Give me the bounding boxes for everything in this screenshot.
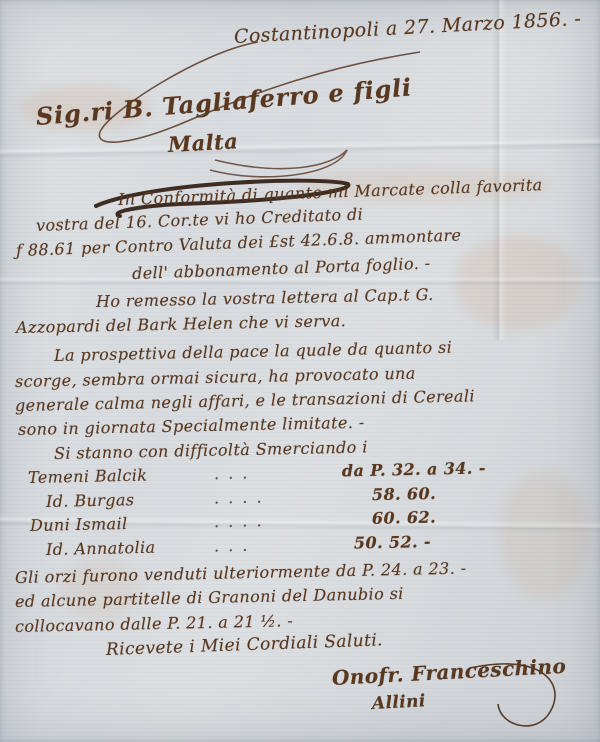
ink-bleed-stain	[500, 470, 590, 600]
addressee-name: Sig.ri B. Tagliaferro e figli	[35, 72, 413, 130]
body-line: scorge, sembra ormai sicura, ha provocat…	[15, 364, 416, 391]
dateline: Costantinopoli a 27. Marzo 1856. -	[233, 8, 581, 48]
fold-crease-horizontal	[0, 276, 600, 286]
price-value: da P. 32. a 34. -	[342, 458, 486, 480]
price-row: Id. Burgas. . . .58. 60.	[46, 484, 436, 511]
commodity-name: Id. Burgas	[46, 488, 214, 511]
body-line: dell' abbonamento al Porta foglio. -	[132, 254, 431, 283]
dot-leader: . . . .	[214, 485, 372, 507]
body-line: La prospettiva della pace la quale da qu…	[54, 338, 453, 365]
fold-crease-vertical	[492, 0, 506, 340]
signature-line1: Onofr. Franceschino	[331, 654, 566, 690]
body-line: collocavano dalle P. 21. a 21 ½. -	[15, 611, 293, 636]
fold-crease-horizontal	[0, 137, 600, 159]
body-line: In Conformità di quanto mi Marcate colla…	[118, 175, 543, 209]
body-line: sono in giornata Specialmente limitate. …	[18, 413, 365, 439]
body-line: Azzopardi del Bark Helen che vi serva.	[16, 311, 347, 337]
letter-scan: Costantinopoli a 27. Marzo 1856. - Sig.r…	[0, 0, 600, 742]
dot-leader: . . .	[214, 534, 354, 556]
body-line: ed alcune partitelle di Granoni del Danu…	[15, 584, 404, 611]
body-line: Gli orzi furono venduti ulteriormente da…	[15, 559, 467, 587]
price-value: 50. 52. -	[354, 532, 431, 553]
body-line: generale calma negli affari, e le transa…	[15, 386, 475, 415]
price-row: Id. Annatolia. . .50. 52. -	[46, 532, 431, 559]
price-row: Duni Ismail. . . .60. 62.	[30, 507, 436, 534]
body-line: Ho remesso la vostra lettera al Cap.t G.	[96, 285, 434, 311]
price-value: 60. 62.	[372, 507, 436, 527]
commodity-name: Id. Annatolia	[46, 536, 214, 559]
dot-leader: . . .	[214, 461, 342, 483]
price-row: Temeni Balcik. . .da P. 32. a 34. -	[28, 458, 486, 487]
body-line: Si stanno con difficoltà Smerciando i	[54, 437, 368, 463]
signature-line2: Allini	[371, 691, 426, 714]
commodity-name: Duni Ismail	[30, 512, 214, 535]
ink-bleed-stain	[455, 235, 580, 330]
addressee-place: Malta	[167, 128, 238, 157]
dot-leader: . . . .	[214, 509, 372, 531]
closing-salutation: Ricevete i Miei Cordiali Saluti.	[106, 630, 384, 660]
commodity-name: Temeni Balcik	[28, 464, 214, 487]
price-value: 58. 60.	[372, 484, 436, 504]
